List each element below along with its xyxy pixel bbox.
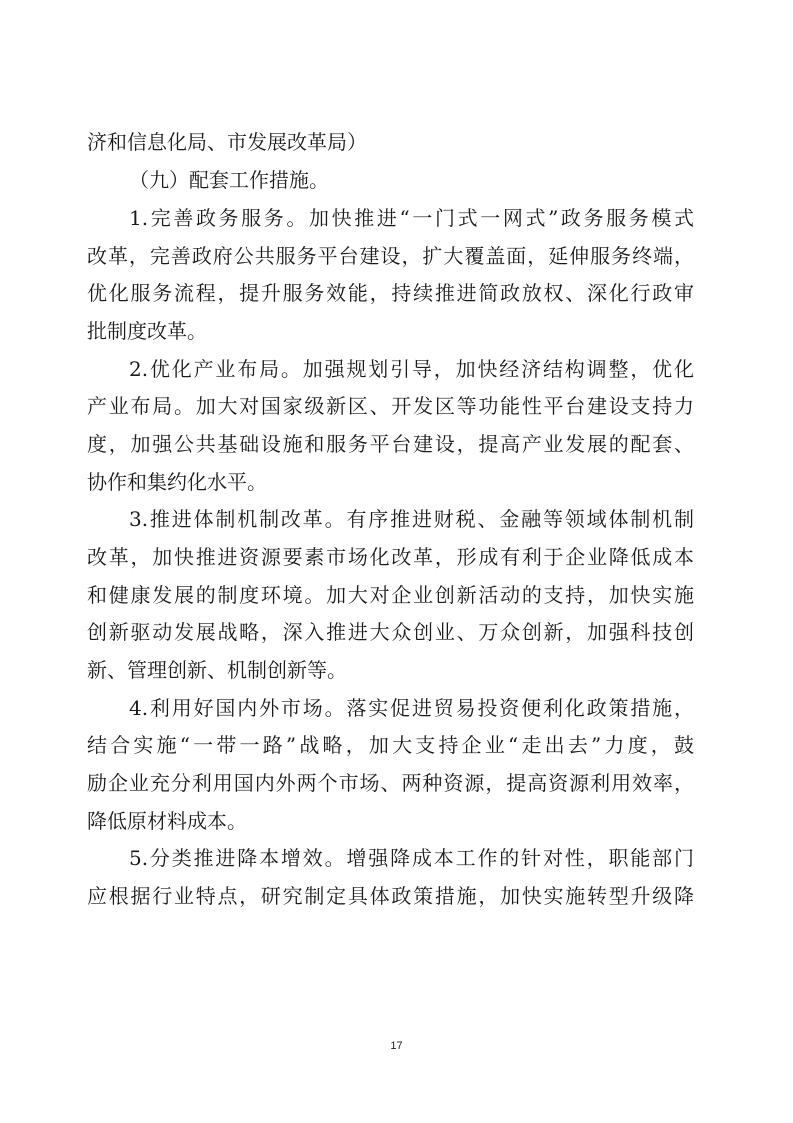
text-line-continuation: 济和信息化局、市发展改革局） [87,127,694,157]
item-3-line-4: 创新驱动发展战略，深入推进大众创业、万众创新，加强科技创 [87,617,694,647]
item-5-line-2: 应根据行业特点，研究制定具体政策措施，加快实施转型升级降 [87,881,694,911]
page-number: 17 [0,1040,793,1052]
item-1-line-4: 批制度改革。 [87,316,694,346]
item-4-line-2: 结合实施“一带一路”战略，加大支持企业“走出去”力度，鼓 [87,730,694,760]
item-3-line-2: 改革，加快推进资源要素市场化改革，形成有利于企业降低成本 [87,542,694,572]
item-2-line-4: 协作和集约化水平。 [87,467,694,497]
item-3-line-5: 新、管理创新、机制创新等。 [87,655,694,685]
item-4-line-4: 降低原材料成本。 [87,806,694,836]
item-1-line-1: 1.完善政务服务。加快推进“一门式一网式”政务服务模式 [129,203,694,233]
item-3-line-3: 和健康发展的制度环境。加大对企业创新活动的支持，加快实施 [87,580,694,610]
item-1-line-3: 优化服务流程，提升服务效能，持续推进简政放权、深化行政审 [87,278,694,308]
item-2-line-3: 度，加强公共基础设施和服务平台建设，提高产业发展的配套、 [87,429,694,459]
document-page: 济和信息化局、市发展改革局） （九）配套工作措施。 1.完善政务服务。加快推进“… [0,0,793,1123]
section-heading-nine: （九）配套工作措施。 [129,165,694,195]
item-4-line-1: 4.利用好国内外市场。落实促进贸易投资便利化政策措施， [129,693,694,723]
item-5-line-1: 5.分类推进降本增效。增强降成本工作的针对性，职能部门 [129,843,694,873]
item-1-line-2: 改革，完善政府公共服务平台建设，扩大覆盖面，延伸服务终端， [87,241,694,271]
item-2-line-2: 产业布局。加大对国家级新区、开发区等功能性平台建设支持力 [87,391,694,421]
item-2-line-1: 2.优化产业布局。加强规划引导，加快经济结构调整，优化 [129,354,694,384]
item-3-line-1: 3.推进体制机制改革。有序推进财税、金融等领域体制机制 [129,504,694,534]
item-4-line-3: 励企业充分利用国内外两个市场、两种资源，提高资源利用效率， [87,768,694,798]
